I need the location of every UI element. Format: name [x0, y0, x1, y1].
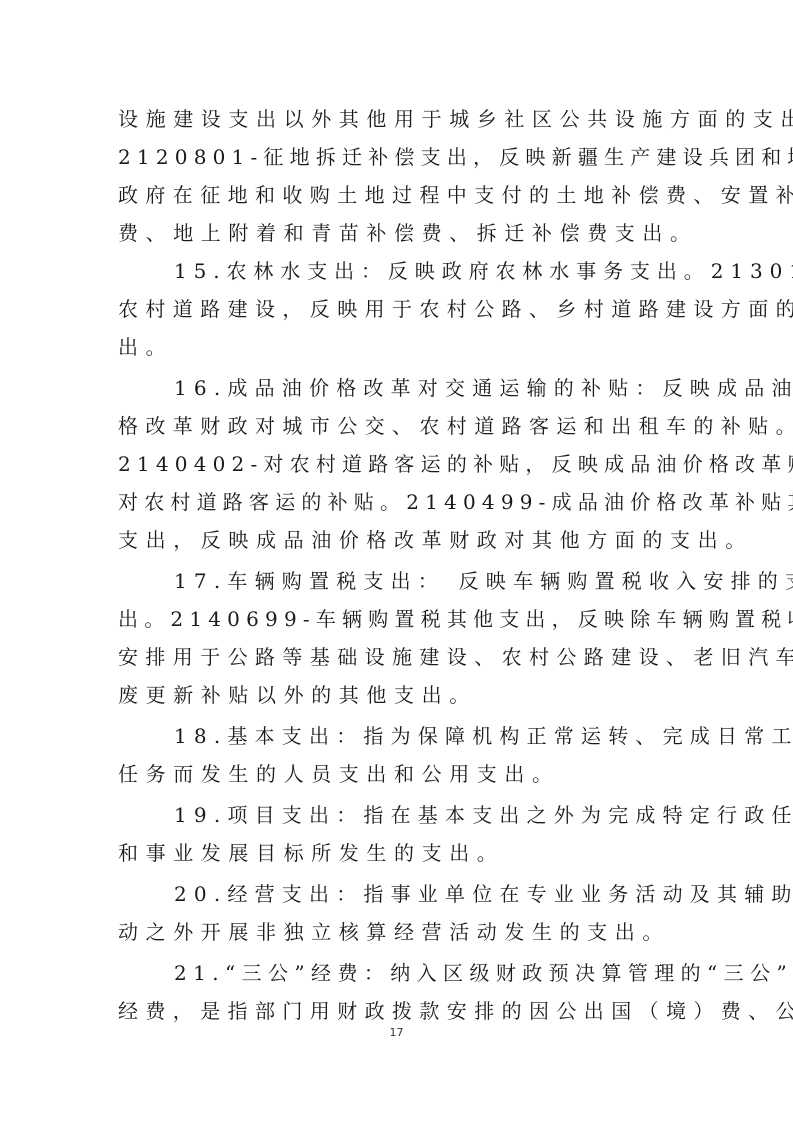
text-line: 废更新补贴以外的其他支出。 — [118, 676, 678, 714]
text-line: 安排用于公路等基础设施建设、农村公路建设、老旧汽车报 — [118, 638, 678, 676]
document-page: 设施建设支出以外其他用于城乡社区公共设施方面的支出。 2120801-征地拆迁补… — [0, 0, 793, 1122]
page-number: 17 — [0, 1026, 793, 1039]
text-line: 出。 — [118, 328, 678, 366]
text-line: 政府在征地和收购土地过程中支付的土地补偿费、安置补助 — [118, 176, 678, 214]
body-text: 设施建设支出以外其他用于城乡社区公共设施方面的支出。 2120801-征地拆迁补… — [118, 100, 678, 1030]
text-line: 2120801-征地拆迁补偿支出，反映新疆生产建设兵团和地方 — [118, 138, 678, 176]
paragraph-17-start: 17.车辆购置税支出： 反映车辆购置税收入安排的支 — [118, 562, 678, 600]
paragraph-16-start: 16.成品油价格改革对交通运输的补贴：反映成品油价 — [118, 369, 678, 407]
text-line: 动之外开展非独立核算经营活动发生的支出。 — [118, 913, 678, 951]
paragraph-19-start: 19.项目支出：指在基本支出之外为完成特定行政任务 — [118, 796, 678, 834]
paragraph-20-start: 20.经营支出：指事业单位在专业业务活动及其辅助活 — [118, 875, 678, 913]
text-line: 出。2140699-车辆购置税其他支出，反映除车辆购置税收入 — [118, 600, 678, 638]
paragraph-18-start: 18.基本支出：指为保障机构正常运转、完成日常工作 — [118, 717, 678, 755]
text-line: 农村道路建设，反映用于农村公路、乡村道路建设方面的支 — [118, 290, 678, 328]
paragraph-21-start: 21.“三公”经费：纳入区级财政预决算管理的“三公” — [118, 954, 678, 992]
text-line: 设施建设支出以外其他用于城乡社区公共设施方面的支出。 — [118, 100, 678, 138]
paragraph-15-start: 15.农林水支出：反映政府农林水事务支出。2130142- — [118, 252, 678, 290]
text-line: 格改革财政对城市公交、农村道路客运和出租车的补贴。 — [118, 407, 678, 445]
text-line: 2140402-对农村道路客运的补贴，反映成品油价格改革财政 — [118, 445, 678, 483]
text-line: 对农村道路客运的补贴。2140499-成品油价格改革补贴其他 — [118, 483, 678, 521]
text-line: 任务而发生的人员支出和公用支出。 — [118, 755, 678, 793]
text-line: 和事业发展目标所发生的支出。 — [118, 834, 678, 872]
text-line: 支出，反映成品油价格改革财政对其他方面的支出。 — [118, 521, 678, 559]
text-line: 费、地上附着和青苗补偿费、拆迁补偿费支出。 — [118, 214, 678, 252]
text-line: 经费，是指部门用财政拨款安排的因公出国（境）费、公务 — [118, 992, 678, 1030]
